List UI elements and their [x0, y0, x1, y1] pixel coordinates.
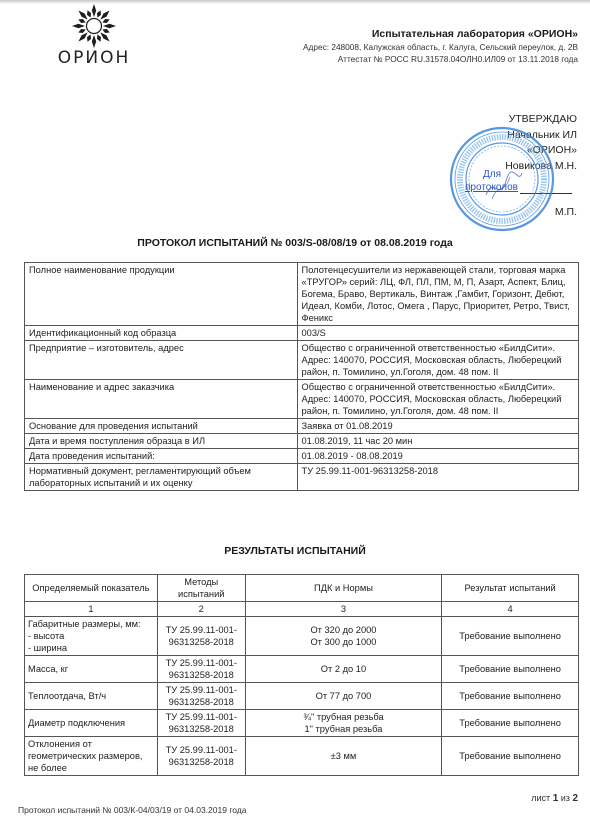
header-result: Результат испытаний [442, 575, 579, 602]
stamp-line-1: Для [465, 168, 518, 181]
info-value: Полотенцесушители из нержавеющей стали, … [297, 263, 578, 326]
document-title: ПРОТОКОЛ ИСПЫТАНИЙ № 003/S-08/08/19 от 0… [0, 237, 590, 249]
indicator-cell: Диаметр подключения [25, 710, 158, 737]
stamp-line-2: протоколов [465, 181, 518, 194]
indicator-cell-line: геометрических размеров, [28, 750, 154, 762]
indicator-cell-line: - ширина [28, 642, 154, 654]
indicator-cell-line: Отклонения от [28, 738, 154, 750]
method-cell: ТУ 25.99.11-001-96313258-2018 [157, 656, 245, 683]
info-row: Предприятие – изготовитель, адресОбществ… [25, 341, 579, 380]
method-cell-line: 96313258-2018 [161, 723, 242, 735]
info-value: ТУ 25.99.11-001-96313258-2018 [297, 464, 578, 491]
sheet-total: 2 [572, 793, 578, 804]
norm-cell-line: От 77 до 700 [249, 690, 439, 702]
info-label: Полное наименование продукции [25, 263, 298, 326]
method-cell-line: 96313258-2018 [161, 756, 242, 768]
method-cell-line: 96313258-2018 [161, 636, 242, 648]
method-cell-line: ТУ 25.99.11-001- [161, 744, 242, 756]
method-cell: ТУ 25.99.11-001-96313258-2018 [157, 617, 245, 656]
info-label: Дата и время поступления образца в ИЛ [25, 434, 298, 449]
orion-logo: ОРИОН [48, 2, 140, 70]
method-cell-line: ТУ 25.99.11-001- [161, 684, 242, 696]
test-results-table: Определяемый показатель Методы испытаний… [24, 574, 579, 776]
footer-protocol-reference: Протокол испытаний № 003/К-04/03/19 от 0… [18, 805, 246, 815]
method-cell-line: ТУ 25.99.11-001- [161, 657, 242, 669]
indicator-cell: Масса, кг [25, 656, 158, 683]
sunburst-logo-icon [66, 2, 122, 50]
info-row: Основание для проведения испытанийЗаявка… [25, 419, 579, 434]
info-row: Дата и время поступления образца в ИЛ01.… [25, 434, 579, 449]
approval-heading: УТВЕРЖДАЮ [505, 112, 577, 128]
info-value: 01.08.2019, 11 час 20 мин [297, 434, 578, 449]
norm-cell: От 2 до 10 [245, 656, 442, 683]
header-indicator: Определяемый показатель [25, 575, 158, 602]
indicator-cell-line: Теплоотдача, Вт/ч [28, 690, 154, 702]
indicator-cell: Отклонения отгеометрических размеров,не … [25, 737, 158, 776]
norm-cell-line: ±3 мм [249, 750, 439, 762]
results-row: Масса, кгТУ 25.99.11-001-96313258-2018От… [25, 656, 579, 683]
indicator-cell-line: Диаметр подключения [28, 717, 154, 729]
norm-cell: ¾" трубная резьба1" трубная резьба [245, 710, 442, 737]
method-cell-line: 96313258-2018 [161, 669, 242, 681]
lab-certificate: Аттестат № РОСС RU.31578.04ОЛН0.ИЛ09 от … [303, 54, 578, 64]
indicator-cell: Теплоотдача, Вт/ч [25, 683, 158, 710]
column-number: 1 [25, 602, 158, 617]
indicator-cell-line: не более [28, 762, 154, 774]
info-value: Общество с ограниченной ответственностью… [297, 380, 578, 419]
info-row: Дата проведения испытаний:01.08.2019 - 0… [25, 449, 579, 464]
norm-cell-line: ¾" трубная резьба [249, 711, 439, 723]
sheet-current: 1 [553, 793, 559, 804]
results-row: Теплоотдача, Вт/чТУ 25.99.11-001-9631325… [25, 683, 579, 710]
approval-block: УТВЕРЖДАЮ Начальник ИЛ «ОРИОН» Новикова … [505, 112, 577, 221]
page-indicator: лист 1 из 2 [531, 793, 578, 804]
result-cell: Требование выполнено [442, 737, 579, 776]
method-cell-line: 96313258-2018 [161, 696, 242, 708]
info-row: Полное наименование продукцииПолотенцесу… [25, 263, 579, 326]
info-value: 01.08.2019 - 08.08.2019 [297, 449, 578, 464]
results-title: РЕЗУЛЬТАТЫ ИСПЫТАНИЙ [0, 545, 590, 557]
method-cell: ТУ 25.99.11-001-96313258-2018 [157, 737, 245, 776]
info-label: Идентификационный код образца [25, 326, 298, 341]
results-row: Отклонения отгеометрических размеров,не … [25, 737, 579, 776]
norm-cell: От 320 до 2000От 300 до 1000 [245, 617, 442, 656]
results-column-numbers-row: 1 2 3 4 [25, 602, 579, 617]
column-number: 3 [245, 602, 442, 617]
method-cell: ТУ 25.99.11-001-96313258-2018 [157, 710, 245, 737]
info-label: Наименование и адрес заказчика [25, 380, 298, 419]
norm-cell-line: 1" трубная резьба [249, 723, 439, 735]
approver-position: Начальник ИЛ [505, 128, 577, 144]
info-label: Основание для проведения испытаний [25, 419, 298, 434]
norm-cell-line: От 2 до 10 [249, 663, 439, 675]
indicator-cell-line: - высота [28, 630, 154, 642]
column-number: 4 [442, 602, 579, 617]
norm-cell: ±3 мм [245, 737, 442, 776]
result-cell: Требование выполнено [442, 683, 579, 710]
method-cell-line: ТУ 25.99.11-001- [161, 624, 242, 636]
results-row: Габаритные размеры, мм:- высота- ширинаТ… [25, 617, 579, 656]
stamp-inscription: Для протоколов [465, 168, 518, 194]
lab-title: Испытательная лаборатория «ОРИОН» [303, 28, 578, 40]
lab-header: Испытательная лаборатория «ОРИОН» Адрес:… [303, 28, 578, 64]
header-methods: Методы испытаний [157, 575, 245, 602]
approver-org: «ОРИОН» [505, 143, 577, 159]
info-row: Идентификационный код образца003/S [25, 326, 579, 341]
info-label: Дата проведения испытаний: [25, 449, 298, 464]
info-value: 003/S [297, 326, 578, 341]
sheet-prefix: лист [531, 793, 550, 803]
seal-label: М.П. [505, 205, 577, 221]
method-cell-line: ТУ 25.99.11-001- [161, 711, 242, 723]
result-cell: Требование выполнено [442, 656, 579, 683]
signature-line [520, 193, 572, 194]
product-info-table: Полное наименование продукцииПолотенцесу… [24, 262, 579, 491]
logo-text: ОРИОН [48, 48, 140, 68]
method-cell: ТУ 25.99.11-001-96313258-2018 [157, 683, 245, 710]
norm-cell-line: От 320 до 2000 [249, 624, 439, 636]
info-label: Нормативный документ, регламентирующий о… [25, 464, 298, 491]
norm-cell: От 77 до 700 [245, 683, 442, 710]
results-row: Диаметр подключенияТУ 25.99.11-001-96313… [25, 710, 579, 737]
info-row: Нормативный документ, регламентирующий о… [25, 464, 579, 491]
info-label: Предприятие – изготовитель, адрес [25, 341, 298, 380]
info-row: Наименование и адрес заказчикаОбщество с… [25, 380, 579, 419]
sheet-separator: из [561, 793, 570, 803]
results-header-row: Определяемый показатель Методы испытаний… [25, 575, 579, 602]
info-value: Общество с ограниченной ответственностью… [297, 341, 578, 380]
result-cell: Требование выполнено [442, 617, 579, 656]
info-value: Заявка от 01.08.2019 [297, 419, 578, 434]
norm-cell-line: От 300 до 1000 [249, 636, 439, 648]
result-cell: Требование выполнено [442, 710, 579, 737]
indicator-cell-line: Габаритные размеры, мм: [28, 618, 154, 630]
header-norms: ПДК и Нормы [245, 575, 442, 602]
indicator-cell: Габаритные размеры, мм:- высота- ширина [25, 617, 158, 656]
lab-address: Адрес: 248008, Калужская область, г. Кал… [303, 42, 578, 52]
indicator-cell-line: Масса, кг [28, 663, 154, 675]
column-number: 2 [157, 602, 245, 617]
